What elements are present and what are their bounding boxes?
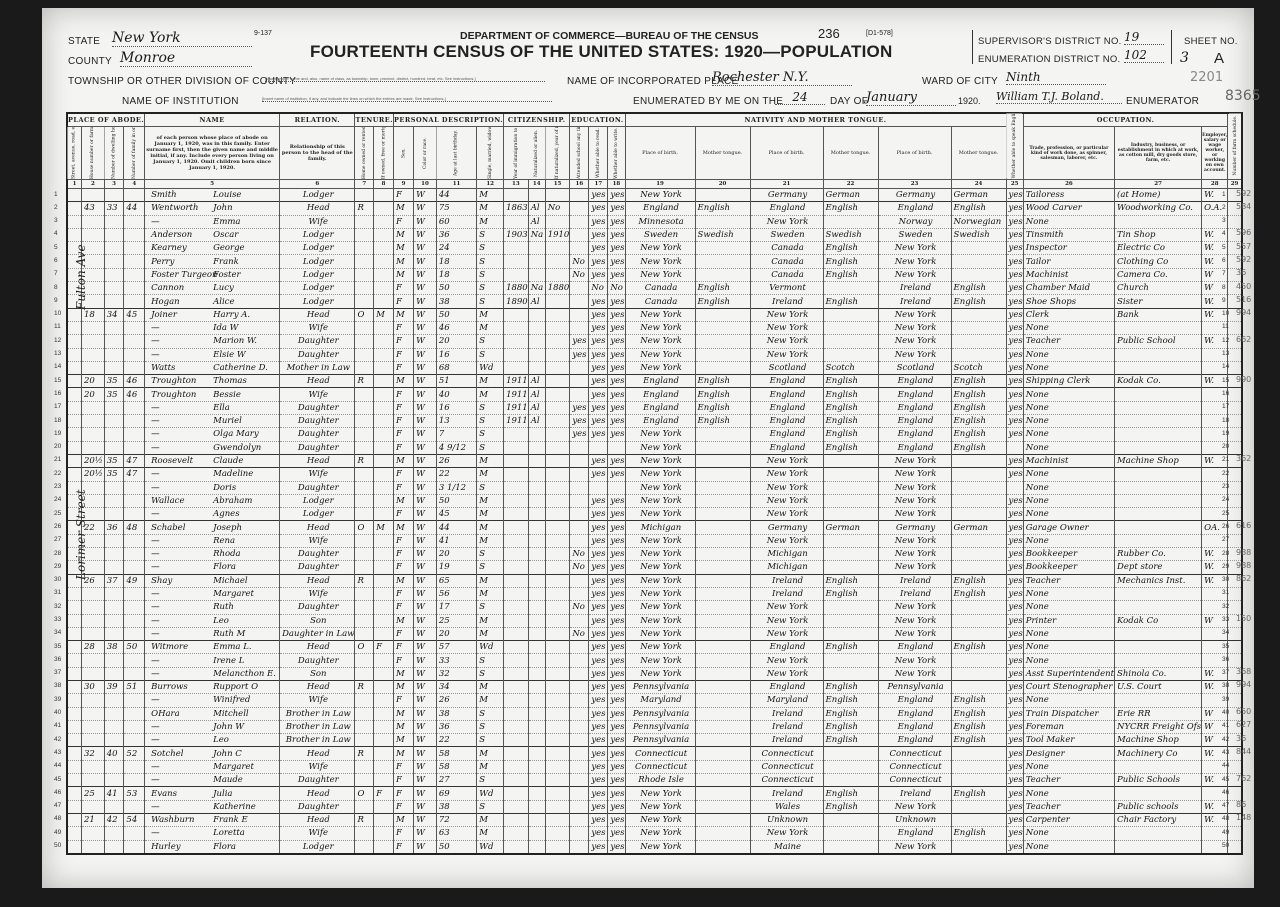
line-number-left: 25 xyxy=(54,510,61,517)
township-label: TOWNSHIP OR OTHER DIVISION OF COUNTY xyxy=(68,76,296,87)
sex-cell: F xyxy=(394,654,414,667)
mpob-cell: England xyxy=(878,827,951,840)
person-name-cell: —Ruth xyxy=(145,601,280,614)
house-cell xyxy=(81,627,104,640)
house-cell xyxy=(81,654,104,667)
person-name-cell: WashburnFrank E xyxy=(145,813,280,826)
line-number-right: 44 xyxy=(1222,762,1229,769)
industry-cell: Woodworking Co. xyxy=(1115,202,1202,215)
person-name-cell: SmithLouise xyxy=(145,189,280,202)
page-stamp: 236 xyxy=(818,26,840,41)
given-name: Joseph xyxy=(213,523,242,533)
surname: — xyxy=(147,669,213,679)
relation-cell: Head xyxy=(280,680,355,693)
read-cell: yes xyxy=(589,494,608,507)
dwelling-cell xyxy=(104,255,124,268)
mtongue-cell xyxy=(951,348,1006,361)
table-row: 324052SotchelJohn CHeadRMW58MyesyesConne… xyxy=(67,747,1242,760)
tongue-cell xyxy=(695,800,750,813)
natyr-cell xyxy=(545,587,570,600)
write-cell: yes xyxy=(608,534,625,547)
imm-cell: 1911 xyxy=(504,388,529,401)
given-name: Olga Mary xyxy=(213,429,259,439)
industry-cell: Camera Co. xyxy=(1115,268,1202,281)
street-cell xyxy=(67,680,81,693)
natyr-cell xyxy=(545,321,570,334)
column-header-4: Number of family in order of visitation. xyxy=(124,127,145,180)
write-cell: No xyxy=(608,282,625,295)
dwelling-cell xyxy=(104,321,124,334)
pob-cell: England xyxy=(625,415,695,428)
mort-cell xyxy=(374,614,394,627)
surname: Foster Turgeon xyxy=(147,270,213,280)
surname: Perry xyxy=(147,257,213,267)
race-cell: W xyxy=(414,454,437,467)
pob-cell: New York xyxy=(625,654,695,667)
table-row: —AgnesLodgerFW45MyesyesNew YorkNew YorkN… xyxy=(67,508,1242,521)
age-cell: 50 xyxy=(436,282,476,295)
school-cell xyxy=(570,641,589,654)
school-cell: No xyxy=(570,561,589,574)
age-cell: 20 xyxy=(436,548,476,561)
given-name: Winifred xyxy=(213,695,250,705)
imm-cell xyxy=(504,800,529,813)
surname: — xyxy=(147,775,213,785)
natyr-cell xyxy=(545,654,570,667)
column-number-24: 24 xyxy=(951,180,1006,189)
mpob-cell: England xyxy=(878,428,951,441)
surname: Kearney xyxy=(147,243,213,253)
age-cell: 75 xyxy=(436,202,476,215)
race-cell: W xyxy=(414,720,437,733)
house-cell xyxy=(81,614,104,627)
tenure-cell xyxy=(355,361,374,374)
given-name: Ruth xyxy=(213,602,234,612)
tenure-cell: R xyxy=(355,747,374,760)
relation-cell: Lodger xyxy=(280,242,355,255)
read-cell: yes xyxy=(589,614,608,627)
table-row: —LeoBrother in LawMW22SyesyesPennsylvani… xyxy=(67,734,1242,747)
trade-cell: Tool Maker xyxy=(1023,734,1114,747)
given-name: Ella xyxy=(213,403,230,413)
imm-cell xyxy=(504,521,529,534)
race-cell: W xyxy=(414,574,437,587)
school-cell xyxy=(570,388,589,401)
age-cell: 60 xyxy=(436,215,476,228)
pob-cell: Canada xyxy=(625,282,695,295)
race-cell: W xyxy=(414,215,437,228)
line-number-right: 34 xyxy=(1222,629,1229,636)
school-cell xyxy=(570,521,589,534)
farm-cell xyxy=(1228,481,1242,494)
mort-cell xyxy=(374,401,394,414)
tenure-cell xyxy=(355,614,374,627)
write-cell xyxy=(608,441,625,454)
natyr-cell xyxy=(545,548,570,561)
read-cell: yes xyxy=(589,574,608,587)
person-name-cell: SchabelJoseph xyxy=(145,521,280,534)
surname: — xyxy=(147,443,213,453)
race-cell: W xyxy=(414,242,437,255)
house-cell: 30 xyxy=(81,680,104,693)
table-row: —Irene LDaughterFW33SyesyesNew YorkNew Y… xyxy=(67,654,1242,667)
school-cell xyxy=(570,800,589,813)
ftongue-cell xyxy=(823,548,878,561)
relation-cell: Head xyxy=(280,202,355,215)
person-name-cell: SotchelJohn C xyxy=(145,747,280,760)
column-number-29: 29 xyxy=(1228,180,1242,189)
read-cell: yes xyxy=(589,747,608,760)
mort-cell xyxy=(374,441,394,454)
county-value: Monroe xyxy=(120,50,252,67)
table-row: OHaraMitchellBrother in LawMW38SyesyesPe… xyxy=(67,707,1242,720)
family-cell xyxy=(124,295,145,308)
line-number-left: 29 xyxy=(54,563,61,570)
house-cell xyxy=(81,401,104,414)
mpob-cell: New York xyxy=(878,508,951,521)
tenure-cell xyxy=(355,481,374,494)
township-instruction: [Insert proper name and, also, name of c… xyxy=(265,76,545,82)
write-cell: yes xyxy=(608,189,625,202)
dwelling-cell: 37 xyxy=(104,574,124,587)
mort-cell xyxy=(374,667,394,680)
sex-cell: F xyxy=(394,548,414,561)
pob-cell: New York xyxy=(625,468,695,481)
tenure-cell xyxy=(355,242,374,255)
table-row: CannonLucyLodgerFW50S1880Na1880NoNoCanad… xyxy=(67,282,1242,295)
table-row: 20½3547—MadelineWifeFW22MyesyesNew YorkN… xyxy=(67,468,1242,481)
industry-cell xyxy=(1115,521,1202,534)
trade-cell: None xyxy=(1023,441,1114,454)
race-cell: W xyxy=(414,441,437,454)
column-header-15: If naturalized, year of naturalization. xyxy=(545,127,570,180)
given-name: Melancthon E. xyxy=(213,669,276,679)
race-cell: W xyxy=(414,308,437,321)
given-name: Emma L. xyxy=(213,642,251,652)
sex-cell: M xyxy=(394,720,414,733)
nat-cell xyxy=(528,534,545,547)
age-cell: 4 9/12 xyxy=(436,441,476,454)
dwelling-cell xyxy=(104,481,124,494)
person-name-cell: —Emma xyxy=(145,215,280,228)
fpob-cell: Ireland xyxy=(750,295,823,308)
table-row: —Ruth MDaughter in LawFW20MNoyesyesNew Y… xyxy=(67,627,1242,640)
person-name-cell: HurleyFlora xyxy=(145,840,280,854)
relation-cell: Brother in Law xyxy=(280,707,355,720)
pob-cell: New York xyxy=(625,189,695,202)
person-name-cell: —Leo xyxy=(145,614,280,627)
table-row: 283850WitmoreEmma L.HeadOFFW57WdyesyesNe… xyxy=(67,641,1242,654)
school-cell: yes xyxy=(570,401,589,414)
natyr-cell xyxy=(545,627,570,640)
age-cell: 32 xyxy=(436,667,476,680)
incorporated-value: Rochester N.Y. xyxy=(712,70,852,86)
industry-cell xyxy=(1115,534,1202,547)
line-number-left: 22 xyxy=(54,470,61,477)
natyr-cell xyxy=(545,747,570,760)
relation-cell: Daughter xyxy=(280,428,355,441)
read-cell: yes xyxy=(589,508,608,521)
table-row: —WinifredWifeFW26MyesyesMarylandMaryland… xyxy=(67,694,1242,707)
surname: Troughton xyxy=(147,376,213,386)
person-name-cell: —Agnes xyxy=(145,508,280,521)
mtongue-cell xyxy=(951,548,1006,561)
surname: Watts xyxy=(147,363,213,373)
mtongue-cell: English xyxy=(951,375,1006,388)
age-cell: 16 xyxy=(436,401,476,414)
natyr-cell xyxy=(545,720,570,733)
mort-cell xyxy=(374,415,394,428)
ftongue-cell xyxy=(823,827,878,840)
marital-cell: M xyxy=(477,308,504,321)
relation-cell: Daughter xyxy=(280,481,355,494)
pob-cell: New York xyxy=(625,508,695,521)
age-cell: 33 xyxy=(436,654,476,667)
imm-cell xyxy=(504,255,529,268)
column-header-22: Mother tongue. xyxy=(823,127,878,180)
natyr-cell xyxy=(545,215,570,228)
table-row: PerryFrankLodgerMW18SNoyesyesNew YorkCan… xyxy=(67,255,1242,268)
tongue-cell xyxy=(695,587,750,600)
fpob-cell: New York xyxy=(750,667,823,680)
write-cell: yes xyxy=(608,228,625,241)
mpob-cell: Pennsylvania xyxy=(878,680,951,693)
school-cell xyxy=(570,774,589,787)
pob-cell: England xyxy=(625,401,695,414)
house-cell xyxy=(81,774,104,787)
imm-cell xyxy=(504,534,529,547)
tenure-cell xyxy=(355,348,374,361)
english-cell: yes xyxy=(1006,641,1023,654)
dwelling-cell xyxy=(104,627,124,640)
fpob-cell: Michigan xyxy=(750,548,823,561)
relation-cell: Head xyxy=(280,574,355,587)
farm-cell xyxy=(1228,388,1242,401)
marital-cell: M xyxy=(477,760,504,773)
nat-cell xyxy=(528,508,545,521)
surname: — xyxy=(147,828,213,838)
mpob-cell: Ireland xyxy=(878,282,951,295)
mpob-cell: Unknown xyxy=(878,813,951,826)
english-cell: yes xyxy=(1006,255,1023,268)
trade-cell: Teacher xyxy=(1023,800,1114,813)
ftongue-cell xyxy=(823,774,878,787)
ftongue-cell xyxy=(823,614,878,627)
person-name-cell: —Katherine xyxy=(145,800,280,813)
trade-cell: None xyxy=(1023,415,1114,428)
table-row: —KatherineDaughterFW38SyesyesNew YorkWal… xyxy=(67,800,1242,813)
trade-cell: None xyxy=(1023,348,1114,361)
pob-cell: New York xyxy=(625,268,695,281)
family-cell xyxy=(124,441,145,454)
pob-cell: New York xyxy=(625,548,695,561)
dwelling-cell xyxy=(104,401,124,414)
write-cell: yes xyxy=(608,348,625,361)
line-number-right: 47 xyxy=(1222,802,1229,809)
mort-cell xyxy=(374,827,394,840)
trade-cell: Carpenter xyxy=(1023,813,1114,826)
read-cell: yes xyxy=(589,641,608,654)
nat-cell: Al xyxy=(528,375,545,388)
write-cell: yes xyxy=(608,335,625,348)
sex-cell: F xyxy=(394,774,414,787)
tongue-cell xyxy=(695,747,750,760)
race-cell: W xyxy=(414,707,437,720)
tongue-cell xyxy=(695,561,750,574)
school-cell xyxy=(570,534,589,547)
tenure-cell xyxy=(355,587,374,600)
surname: — xyxy=(147,323,213,333)
tenure-cell xyxy=(355,707,374,720)
margin-annotation: 762 xyxy=(1236,774,1251,783)
surname: — xyxy=(147,509,213,519)
line-number-left: 21 xyxy=(54,456,61,463)
write-cell: yes xyxy=(608,401,625,414)
surname: Hogan xyxy=(147,297,213,307)
street-cell xyxy=(67,321,81,334)
line-number-right: 3 xyxy=(1222,217,1226,224)
read-cell: yes xyxy=(589,840,608,854)
mort-cell xyxy=(374,321,394,334)
person-name-cell: EvansJulia xyxy=(145,787,280,800)
line-number-right: 48 xyxy=(1222,815,1229,822)
given-name: Madeline xyxy=(213,469,253,479)
line-number-right: 30 xyxy=(1222,576,1229,583)
sex-cell: M xyxy=(394,375,414,388)
line-number-right: 19 xyxy=(1222,430,1229,437)
age-cell: 56 xyxy=(436,587,476,600)
nat-cell xyxy=(528,760,545,773)
line-number-left: 18 xyxy=(54,417,61,424)
family-cell: 45 xyxy=(124,308,145,321)
line-number-left: 41 xyxy=(54,722,61,729)
fpob-cell: England xyxy=(750,415,823,428)
mtongue-cell: German xyxy=(951,189,1006,202)
column-number-28: 28 xyxy=(1202,180,1228,189)
given-name: Frank xyxy=(213,257,239,267)
race-cell: W xyxy=(414,840,437,854)
table-row: —Melancthon E.SonMW32SyesyesNew YorkNew … xyxy=(67,667,1242,680)
age-cell: 26 xyxy=(436,694,476,707)
line-number-right: 35 xyxy=(1222,643,1229,650)
mpob-cell: New York xyxy=(878,840,951,854)
line-number-right: 25 xyxy=(1222,510,1229,517)
race-cell: W xyxy=(414,774,437,787)
given-name: Margaret xyxy=(213,589,254,599)
school-cell: yes xyxy=(570,428,589,441)
race-cell: W xyxy=(414,202,437,215)
age-cell: 36 xyxy=(436,720,476,733)
age-cell: 13 xyxy=(436,415,476,428)
column-header-13: Year of immigration to the United States… xyxy=(504,127,529,180)
given-name: Foster xyxy=(213,270,240,280)
relation-cell: Wife xyxy=(280,827,355,840)
marital-cell: S xyxy=(477,720,504,733)
surname: OHara xyxy=(147,709,213,719)
imm-cell xyxy=(504,321,529,334)
given-name: George xyxy=(213,243,244,253)
tenure-cell xyxy=(355,428,374,441)
age-cell: 24 xyxy=(436,242,476,255)
nat-cell: Na xyxy=(528,228,545,241)
imm-cell xyxy=(504,335,529,348)
mort-cell xyxy=(374,361,394,374)
family-cell: 53 xyxy=(124,787,145,800)
surname: — xyxy=(147,629,213,639)
industry-cell: Erie RR xyxy=(1115,707,1202,720)
write-cell: yes xyxy=(608,255,625,268)
mort-cell xyxy=(374,282,394,295)
mtongue-cell: English xyxy=(951,574,1006,587)
tongue-cell xyxy=(695,215,750,228)
line-number-right: 42 xyxy=(1222,736,1229,743)
line-number-right: 11 xyxy=(1222,323,1229,330)
fpob-cell: England xyxy=(750,202,823,215)
dwelling-cell xyxy=(104,295,124,308)
school-cell: No xyxy=(570,268,589,281)
race-cell: W xyxy=(414,601,437,614)
margin-annotation: 844 xyxy=(1236,747,1251,756)
write-cell: yes xyxy=(608,587,625,600)
given-name: Leo xyxy=(213,735,229,745)
family-cell: 51 xyxy=(124,680,145,693)
tongue-cell xyxy=(695,508,750,521)
fpob-cell: Maine xyxy=(750,840,823,854)
tongue-cell xyxy=(695,760,750,773)
line-number-right: 9 xyxy=(1222,297,1226,304)
table-row: —RhodaDaughterFW20SNoyesyesNew YorkMichi… xyxy=(67,548,1242,561)
person-name-cell: PerryFrank xyxy=(145,255,280,268)
line-number-left: 12 xyxy=(54,337,61,344)
trade-cell: None xyxy=(1023,601,1114,614)
mort-cell xyxy=(374,202,394,215)
tongue-cell xyxy=(695,255,750,268)
street-cell xyxy=(67,694,81,707)
family-cell xyxy=(124,508,145,521)
mtongue-cell xyxy=(951,627,1006,640)
column-header-3: Number of dwelling house in order of vis… xyxy=(104,127,124,180)
pob-cell: New York xyxy=(625,827,695,840)
person-name-cell: CannonLucy xyxy=(145,282,280,295)
school-cell xyxy=(570,202,589,215)
family-cell: 52 xyxy=(124,747,145,760)
english-cell: yes xyxy=(1006,720,1023,733)
pob-cell: New York xyxy=(625,242,695,255)
marital-cell: S xyxy=(477,242,504,255)
line-number-left: 27 xyxy=(54,536,61,543)
read-cell: yes xyxy=(589,295,608,308)
relation-cell: Head xyxy=(280,747,355,760)
imm-cell xyxy=(504,787,529,800)
industry-cell xyxy=(1115,587,1202,600)
read-cell: yes xyxy=(589,667,608,680)
person-name-cell: WallaceAbraham xyxy=(145,494,280,507)
race-cell: W xyxy=(414,694,437,707)
mort-cell xyxy=(374,774,394,787)
department-title: DEPARTMENT OF COMMERCE—BUREAU OF THE CEN… xyxy=(460,30,758,42)
trade-cell: Tailoress xyxy=(1023,189,1114,202)
natyr-cell xyxy=(545,787,570,800)
line-number-left: 6 xyxy=(54,257,58,264)
farm-cell xyxy=(1228,494,1242,507)
english-cell: yes xyxy=(1006,680,1023,693)
column-number-14: 14 xyxy=(528,180,545,189)
write-cell: yes xyxy=(608,747,625,760)
marital-cell: M xyxy=(477,321,504,334)
table-row: 183445JoinerHarry A.HeadOMMW50MyesyesNew… xyxy=(67,308,1242,321)
english-cell: yes xyxy=(1006,747,1023,760)
dwelling-cell xyxy=(104,548,124,561)
